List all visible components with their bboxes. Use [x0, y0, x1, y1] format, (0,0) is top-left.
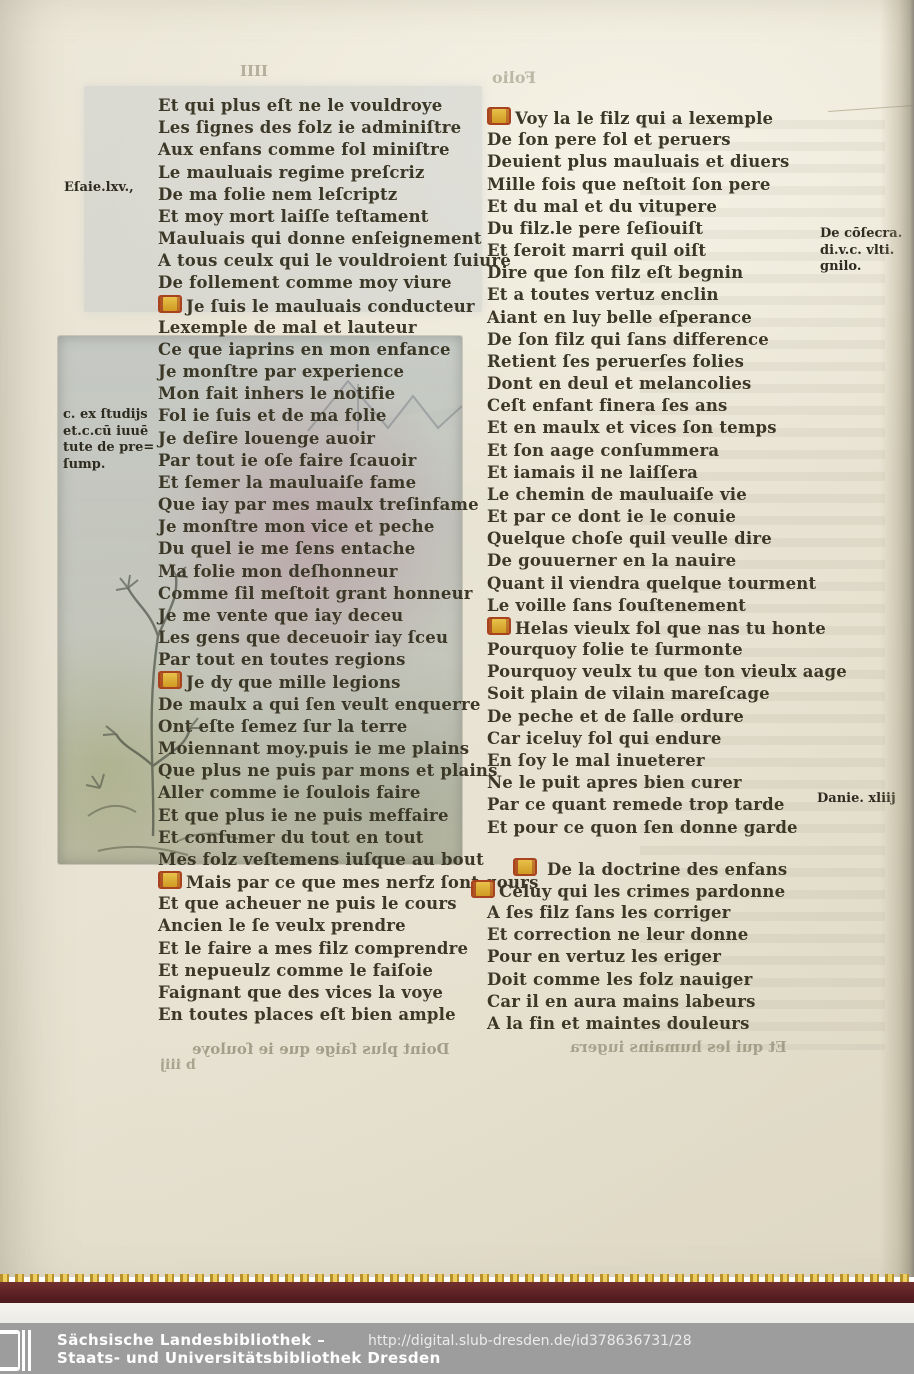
- verse-line: Fol ie ſuis et de ma folie: [158, 405, 503, 427]
- verse-text: Retient ſes peruerſes folies: [487, 352, 744, 371]
- verse-line: Les gens que deceuoir iay ſceu: [158, 627, 503, 649]
- verse-line: Par tout en toutes regions: [158, 649, 503, 671]
- verse-text: Je monſtre par experience: [158, 362, 404, 381]
- verse-text: Et le faire a mes filz comprendre: [158, 939, 468, 958]
- verse-line: Je ſuis le mauluais conducteur: [158, 295, 503, 317]
- verse-line: Lexemple de mal et lauteur: [158, 317, 503, 339]
- verse-line: De ſon filz qui ſans difference: [487, 329, 832, 351]
- verse-text: Je dy que mille legions: [186, 673, 401, 692]
- verse-text: En ſoy le mal inueterer: [487, 751, 705, 770]
- verse-line: Par ce quant remede trop tarde: [487, 794, 832, 816]
- verse-line: De maulx a qui ſen veult enquerre: [158, 694, 503, 716]
- verse-text: Celuy qui les crimes pardonne: [499, 882, 785, 901]
- verse-text: Ont eſte ſemez ſur la terre: [158, 717, 408, 736]
- verse-text: Aller comme ie ſoulois faire: [158, 783, 421, 802]
- verse-line: Et par ce dont ie le conuie: [487, 506, 832, 528]
- verse-line: Je monſtre par experience: [158, 361, 503, 383]
- verse-line: De gouuerner en la nauire: [487, 550, 832, 572]
- verse-line: Aux enfans comme fol miniſtre: [158, 139, 503, 161]
- showthrough-line-left: Doint plus ſaige que ie ſouloye: [192, 1040, 450, 1058]
- verse-text: Et du mal et du vitupere: [487, 197, 717, 216]
- paragraph-initial-icon: [487, 617, 511, 635]
- verse-line: Et le faire a mes filz comprendre: [158, 938, 503, 960]
- library-name-line2: Staats- und Universitätsbibliothek Dresd…: [57, 1349, 441, 1367]
- verse-line: Voy la le filz qui a lexemple: [487, 107, 832, 129]
- verse-line: Ma folie mon deſhonneur: [158, 561, 503, 583]
- margin-note-esaie: Eſaie.lxv.,: [64, 180, 134, 197]
- verse-line: Ceſt enfant finera ſes ans: [487, 395, 832, 417]
- verse-line: Et que plus ie ne puis meffaire: [158, 805, 503, 827]
- verse-line: Et iamais il ne laiſſera: [487, 462, 832, 484]
- verse-text: Que plus ne puis par mons et plains: [158, 761, 498, 780]
- verse-text: Et pour ce quon ſen donne garde: [487, 818, 798, 837]
- verse-line: A la fin et maintes douleurs: [487, 1013, 832, 1035]
- verse-text: Et en maulx et vices ſon temps: [487, 418, 777, 437]
- verse-text: Et ſemer la mauluaiſe fame: [158, 473, 416, 492]
- verse-text: Et par ce dont ie le conuie: [487, 507, 736, 526]
- verse-text: Dont en deul et melancolies: [487, 374, 752, 393]
- verse-line: Et du mal et du vitupere: [487, 196, 832, 218]
- verse-line: Mais par ce que mes nerfz ſont gours: [158, 871, 503, 893]
- verse-line: Et a toutes vertuz enclin: [487, 284, 832, 306]
- verse-line: Dont en deul et melancolies: [487, 373, 832, 395]
- verse-line: Mauluais qui donne enſeignement: [158, 228, 503, 250]
- verse-line: Faignant que des vices la voye: [158, 982, 503, 1004]
- margin-note-line: Eſaie.lxv.,: [64, 180, 134, 197]
- verse-line: Et ſeroit marri quil oiſt: [487, 240, 832, 262]
- verse-line: Moiennant moy.puis ie me plains: [158, 738, 503, 760]
- logo-bar-icon: [22, 1330, 25, 1371]
- verse-text: Ceſt enfant finera ſes ans: [487, 396, 728, 415]
- verse-line: Du filz.le pere ſeſiouiſt: [487, 218, 832, 240]
- verse-text: A ſes filz ſans les corriger: [487, 903, 731, 922]
- verse-text: Fol ie ſuis et de ma folie: [158, 406, 387, 425]
- verse-text: Car iceluy fol qui endure: [487, 729, 722, 748]
- verse-line: Et nepueulz comme le faiſoie: [158, 960, 503, 982]
- manuscript-scan-viewport: IIII Folio Et qui plus eſt ne le vouldro…: [0, 0, 914, 1374]
- verse-text: Et a toutes vertuz enclin: [487, 285, 719, 304]
- verse-text: Comme ſil meſtoit grant honneur: [158, 584, 473, 603]
- verse-text: Le voille ſans ſouſtenement: [487, 596, 746, 615]
- verse-text: Helas vieulx fol que nas tu honte: [515, 619, 826, 638]
- verse-text: Que iay par mes maulx treſinfame: [158, 495, 479, 514]
- verse-text: De la doctrine des enfans: [547, 860, 787, 879]
- verse-text: De ſon pere fol et peruers: [487, 130, 731, 149]
- verse-text: Je me vente que iay deceu: [158, 606, 403, 625]
- verse-line: Par tout ie oſe faire ſcauoir: [158, 450, 503, 472]
- verse-text: Quelque choſe quil veulle dire: [487, 529, 772, 548]
- text-column-right: Voy la le filz qui a lexempleDe ſon pere…: [487, 107, 832, 1035]
- verse-text: Par ce quant remede trop tarde: [487, 795, 785, 814]
- verse-line: En ſoy le mal inueterer: [487, 750, 832, 772]
- verse-line: Mille fois que neſtoit ſon pere: [487, 174, 832, 196]
- verse-text: Car il en aura mains labeurs: [487, 992, 756, 1011]
- verse-text: Et ſon aage conſummera: [487, 441, 719, 460]
- verse-line: Je deſire louenge auoir: [158, 428, 503, 450]
- verse-text: Aux enfans comme fol miniſtre: [158, 140, 450, 159]
- verse-text: Par tout ie oſe faire ſcauoir: [158, 451, 417, 470]
- verse-text: Dire que ſon filz eſt begnin: [487, 263, 743, 282]
- parchment-page: IIII Folio Et qui plus eſt ne le vouldro…: [0, 0, 914, 1277]
- verse-text: Pour en vertuz les eriger: [487, 947, 721, 966]
- verse-line: Et conſumer du tout en tout: [158, 827, 503, 849]
- verse-text: Ma folie mon deſhonneur: [158, 562, 398, 581]
- permalink-url: http://digital.slub-dresden.de/id3786367…: [368, 1333, 692, 1349]
- verse-text: Et nepueulz comme le faiſoie: [158, 961, 433, 980]
- verse-line: De follement comme moy viure: [158, 272, 503, 294]
- verse-line: Et moy mort laiſſe teſtament: [158, 206, 503, 228]
- margin-note-studijs: c. ex ſtudijset.c.cū iuuētute de pre=ſum…: [63, 407, 154, 473]
- verse-text: De follement comme moy viure: [158, 273, 452, 292]
- verse-text: A la fin et maintes douleurs: [487, 1014, 750, 1033]
- verse-line: Et pour ce quon ſen donne garde: [487, 817, 832, 839]
- verse-text: En toutes places eſt bien ample: [158, 1005, 456, 1024]
- verse-line: De ſon pere fol et peruers: [487, 129, 832, 151]
- margin-note-line: c. ex ſtudijs: [63, 407, 154, 424]
- verse-line: De ma folie nem leſcriptz: [158, 184, 503, 206]
- verse-line: Et correction ne leur donne: [487, 924, 832, 946]
- verse-line: Les ſignes des folz ie adminiſtre: [158, 117, 503, 139]
- showthrough-signature-mark: b iiij: [160, 1057, 196, 1073]
- library-name-line1: Sächsische Landesbibliothek –: [57, 1331, 325, 1349]
- verse-text: Mille fois que neſtoit ſon pere: [487, 175, 771, 194]
- verse-line: Et que acheuer ne puis le cours: [158, 893, 503, 915]
- showthrough-line-right: Et qui les humains iugera: [570, 1038, 787, 1056]
- verse-line: Ce que iaprins en mon enfance: [158, 339, 503, 361]
- verse-line: Dire que ſon filz eſt begnin: [487, 262, 832, 284]
- verse-text: Et qui plus eſt ne le vouldroye: [158, 96, 442, 115]
- slub-logo-icon: [0, 1330, 20, 1371]
- verse-text: Les gens que deceuoir iay ſceu: [158, 628, 448, 647]
- verse-text: Deuient plus mauluais et diuers: [487, 152, 790, 171]
- verse-line: Du quel ie me ſens entache: [158, 538, 503, 560]
- verse-text: De maulx a qui ſen veult enquerre: [158, 695, 481, 714]
- verse-text: Le mauluais regime preſcriz: [158, 163, 425, 182]
- verse-line: Aller comme ie ſoulois faire: [158, 782, 503, 804]
- verse-text: Faignant que des vices la voye: [158, 983, 443, 1002]
- verse-text: Mauluais qui donne enſeignement: [158, 229, 482, 248]
- margin-note-line: tute de pre=: [63, 440, 154, 457]
- page-block-edge: [880, 0, 914, 1277]
- verse-text: Et ſeroit marri quil oiſt: [487, 241, 706, 260]
- verse-text: De ſon filz qui ſans difference: [487, 330, 769, 349]
- verse-line: Le chemin de mauluaiſe vie: [487, 484, 832, 506]
- cradle-fabric-strip: [0, 1303, 914, 1323]
- verse-line: Et qui plus eſt ne le vouldroye: [158, 95, 503, 117]
- verse-text: Les ſignes des folz ie adminiſtre: [158, 118, 461, 137]
- verse-line: En toutes places eſt bien ample: [158, 1004, 503, 1026]
- paragraph-initial-icon: [158, 671, 182, 689]
- verse-line: Car iceluy fol qui endure: [487, 728, 832, 750]
- verse-line: Retient ſes peruerſes folies: [487, 351, 832, 373]
- verse-line: Mon fait inhers le notifie: [158, 383, 503, 405]
- paragraph-initial-icon: [487, 107, 511, 125]
- verse-text: Et correction ne leur donne: [487, 925, 748, 944]
- verse-text: Du quel ie me ſens entache: [158, 539, 415, 558]
- verse-text: Aiant en luy belle eſperance: [487, 308, 752, 327]
- verse-line: Et en maulx et vices ſon temps: [487, 417, 832, 439]
- verse-text: De gouuerner en la nauire: [487, 551, 736, 570]
- verse-line: Soit plain de vilain mareſcage: [487, 683, 832, 705]
- verse-text: Par tout en toutes regions: [158, 650, 406, 669]
- verse-line: Car il en aura mains labeurs: [487, 991, 832, 1013]
- verse-line: Pourquoy folie te ſurmonte: [487, 639, 832, 661]
- verse-line: Que iay par mes maulx treſinfame: [158, 494, 503, 516]
- verse-text: Je deſire louenge auoir: [158, 429, 375, 448]
- verse-line: Pour en vertuz les eriger: [487, 946, 832, 968]
- verse-text: De ma folie nem leſcriptz: [158, 185, 397, 204]
- verse-text: Et que plus ie ne puis meffaire: [158, 806, 449, 825]
- verse-text: Doit comme les folz nauiger: [487, 970, 753, 989]
- paragraph-initial-icon: [471, 880, 495, 898]
- verse-text: Voy la le filz qui a lexemple: [515, 109, 773, 128]
- verse-text: Et moy mort laiſſe teſtament: [158, 207, 429, 226]
- verse-line: Et ſemer la mauluaiſe fame: [158, 472, 503, 494]
- verse-line: Pourquoy veulx tu que ton vieulx aage: [487, 661, 832, 683]
- verse-text: Lexemple de mal et lauteur: [158, 318, 417, 337]
- paragraph-initial-icon: [158, 295, 182, 313]
- verse-line: Que plus ne puis par mons et plains: [158, 760, 503, 782]
- verse-text: Ce que iaprins en mon enfance: [158, 340, 451, 359]
- viewer-footer-bar: Sächsische Landesbibliothek – Staats- un…: [0, 1323, 914, 1374]
- verse-line: Je dy que mille legions: [158, 671, 503, 693]
- verse-text: Je ſuis le mauluais conducteur: [186, 297, 475, 316]
- verse-line: Ne le puit apres bien curer: [487, 772, 832, 794]
- verse-text: Quant il viendra quelque tourment: [487, 574, 816, 593]
- chapter-heading: De la doctrine des enfans: [487, 858, 832, 880]
- margin-note-line: et.c.cū iuuē: [63, 424, 154, 441]
- verse-line: Quant il viendra quelque tourment: [487, 573, 832, 595]
- verse-text: Ancien le ſe veulx prendre: [158, 916, 406, 935]
- verse-line: Ont eſte ſemez ſur la terre: [158, 716, 503, 738]
- verse-line: Deuient plus mauluais et diuers: [487, 151, 832, 173]
- logo-bar-icon: [28, 1330, 31, 1371]
- verse-line: Celuy qui les crimes pardonne: [487, 880, 832, 902]
- verse-line: Ancien le ſe veulx prendre: [158, 915, 503, 937]
- verse-text: Du filz.le pere ſeſiouiſt: [487, 219, 703, 238]
- verse-line: Aiant en luy belle eſperance: [487, 307, 832, 329]
- verse-line: De peche et de ſalle ordure: [487, 706, 832, 728]
- verse-line: Je me vente que iay deceu: [158, 605, 503, 627]
- showthrough-folio-word: Folio: [492, 68, 536, 87]
- text-column-left: Et qui plus eſt ne le vouldroyeLes ſigne…: [158, 95, 503, 1026]
- verse-text: Le chemin de mauluaiſe vie: [487, 485, 747, 504]
- verse-line: Doit comme les folz nauiger: [487, 969, 832, 991]
- verse-text: Mes folz veſtemens iuſque au bout: [158, 850, 484, 869]
- verse-line: Le voille ſans ſouſtenement: [487, 595, 832, 617]
- paragraph-initial-icon: [513, 858, 537, 876]
- verse-line: A tous ceulx qui le vouldroient ſuiure: [158, 250, 503, 272]
- verse-line: Helas vieulx fol que nas tu honte: [487, 617, 832, 639]
- verse-text: A tous ceulx qui le vouldroient ſuiure: [158, 251, 511, 270]
- verse-line: Mes folz veſtemens iuſque au bout: [158, 849, 503, 871]
- verse-text: Ne le puit apres bien curer: [487, 773, 742, 792]
- verse-text: Et conſumer du tout en tout: [158, 828, 424, 847]
- verse-text: Et que acheuer ne puis le cours: [158, 894, 457, 913]
- verse-text: Et iamais il ne laiſſera: [487, 463, 698, 482]
- verse-text: Pourquoy veulx tu que ton vieulx aage: [487, 662, 847, 681]
- verse-line: Je monſtre mon vice et peche: [158, 516, 503, 538]
- verse-text: Moiennant moy.puis ie me plains: [158, 739, 469, 758]
- verse-line: Et ſon aage conſummera: [487, 440, 832, 462]
- book-cover-edge: [0, 1282, 914, 1303]
- verse-text: De peche et de ſalle ordure: [487, 707, 744, 726]
- showthrough-folio-numeral: IIII: [240, 62, 268, 80]
- margin-note-line: ſump.: [63, 457, 154, 474]
- verse-text: Soit plain de vilain mareſcage: [487, 684, 770, 703]
- verse-line: A ſes filz ſans les corriger: [487, 902, 832, 924]
- verse-line: Le mauluais regime preſcriz: [158, 162, 503, 184]
- verse-text: Pourquoy folie te ſurmonte: [487, 640, 743, 659]
- verse-text: Je monſtre mon vice et peche: [158, 517, 435, 536]
- verse-line: Comme ſil meſtoit grant honneur: [158, 583, 503, 605]
- verse-text: Mon fait inhers le notifie: [158, 384, 395, 403]
- verse-line: Quelque choſe quil veulle dire: [487, 528, 832, 550]
- paragraph-initial-icon: [158, 871, 182, 889]
